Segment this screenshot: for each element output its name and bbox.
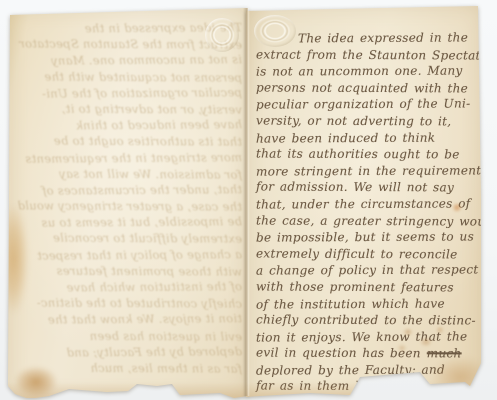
embossed-seal-icon xyxy=(205,18,239,52)
left-page-paper: The idea expressed in theextract from th… xyxy=(8,8,248,398)
manuscript-line: is not an uncommon one. Many xyxy=(256,63,478,81)
manuscript-line: more stringent in the requirements xyxy=(256,162,478,180)
bleedthrough-line: be impossible, but it seems to us xyxy=(16,213,242,231)
bleedthrough-line: more stringent in the requirements xyxy=(16,149,242,167)
manuscript-line: tion it enjoys. We know that the xyxy=(256,328,478,346)
bleedthrough-line: extremely difficult to reconcile xyxy=(16,230,242,247)
fold-crease xyxy=(243,8,250,396)
manuscript-line: that, under the circumstances of xyxy=(256,195,478,213)
bleedthrough-line: versity, or not adverting to it, xyxy=(16,100,242,117)
manuscript-line: far as in them lies, much xyxy=(256,378,478,396)
manuscript-line: extract from the Staunton Spectator xyxy=(256,46,478,64)
right-page: The idea expressed in the extract from t… xyxy=(246,6,482,398)
manuscript-line: of the institution which have xyxy=(256,295,478,313)
manuscript-line: with those prominent features xyxy=(256,278,478,296)
manuscript-line: versity, or not adverting to it, xyxy=(256,112,478,130)
manuscript-line: persons not acquainted with the xyxy=(256,79,478,97)
manuscript-line: extremely difficult to reconcile xyxy=(256,245,478,263)
manuscript-line: for admission. We will not say xyxy=(256,179,478,197)
bleedthrough-line: chiefly contributed to the distinc- xyxy=(16,295,242,312)
manuscript-line: that its authorities ought to be xyxy=(256,146,478,164)
manuscript-line: have been induced to think xyxy=(256,129,478,147)
manuscript-line-with-strikethrough: evil in question has beenmuch xyxy=(256,345,478,363)
bleedthrough-line: deplored by the Faculty; and xyxy=(16,343,242,361)
bleedthrough-line: the case, a greater stringency would xyxy=(16,197,242,214)
bleedthrough-line: with those prominent features xyxy=(16,262,242,279)
bleedthrough-line: evil in question has been xyxy=(16,327,242,344)
manuscript-line: The idea expressed in the xyxy=(256,29,478,47)
manuscript-line: peculiar organization of the Uni- xyxy=(256,96,478,114)
bleedthrough-line: of the institution which have xyxy=(16,278,242,296)
bleedthrough-line: for admission. We will not say xyxy=(16,165,242,182)
bleedthrough-line: that its authorities ought to be xyxy=(16,133,242,150)
left-page: The idea expressed in theextract from th… xyxy=(8,8,248,398)
bleedthrough-line: persons not acquainted with the xyxy=(16,68,242,85)
manuscript-line: chiefly contributed to the distinc- xyxy=(256,312,478,330)
bleedthrough-line: tion it enjoys. We know that the xyxy=(16,311,242,329)
manuscript-line-text: evil in question has been xyxy=(256,346,421,361)
manuscript-scan: The idea expressed in theextract from th… xyxy=(0,0,497,400)
bleedthrough-line: is not an uncommon one. Many xyxy=(16,52,242,70)
manuscript-line: a change of policy in that respect xyxy=(256,262,478,280)
manuscript-line: deplored by the Faculty; and xyxy=(256,361,478,379)
bleedthrough-line: have been induced to think xyxy=(16,116,242,134)
bleedthrough-line: peculiar organization of the Uni- xyxy=(16,84,242,102)
manuscript-text: The idea expressed in the extract from t… xyxy=(256,30,478,395)
bleedthrough-text: The idea expressed in theextract from th… xyxy=(16,20,242,376)
bleedthrough-line: far as in them lies, much xyxy=(16,359,242,376)
right-page-paper: The idea expressed in the extract from t… xyxy=(246,6,482,398)
manuscript-line: the case, a greater stringency would xyxy=(256,212,478,230)
struck-word: much xyxy=(427,347,462,361)
bleedthrough-line: that, under the circumstances of xyxy=(16,181,242,199)
manuscript-line: be impossible, but it seems to us xyxy=(256,229,478,247)
bleedthrough-line: a change of policy in that respect xyxy=(16,246,242,264)
